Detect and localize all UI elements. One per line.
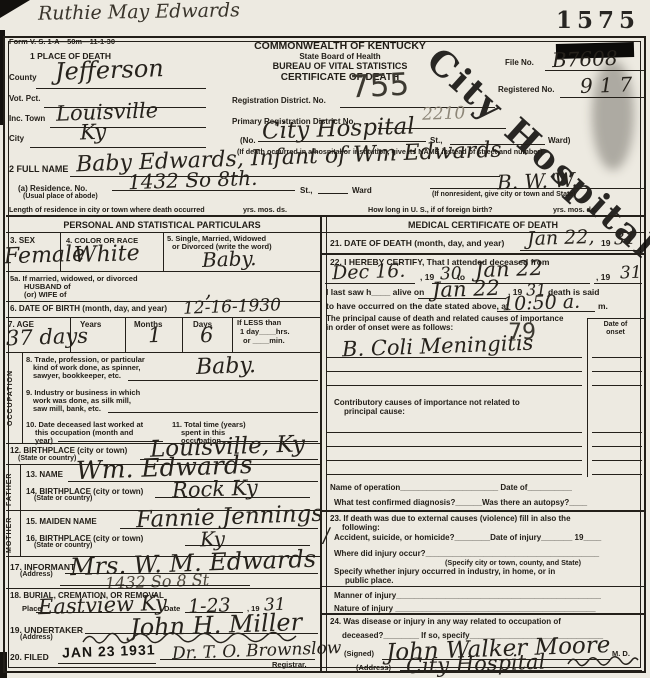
inc-town-label: Inc. Town — [9, 114, 45, 123]
to-year-prefix: , 19 — [596, 272, 610, 282]
residence-st-label: St., — [300, 186, 312, 195]
age-less-label-3: or ____min. — [243, 336, 285, 345]
specify-line-1: Specify whether injury occurred in indus… — [334, 567, 555, 576]
trade-label-3: sawyer, bookkeeper, etc. — [33, 371, 121, 380]
birthplace-label: 12. BIRTHPLACE (city or town) — [10, 446, 127, 455]
file-no-value: B7608 — [552, 46, 618, 72]
age-months-value: 1 — [148, 323, 162, 347]
nature-of-injury-line: Nature of injury _______________________… — [334, 604, 596, 613]
address-scribble — [565, 652, 640, 670]
header-commonwealth: COMMONWEALTH OF KENTUCKY — [225, 40, 455, 52]
date-of-death-label: 21. DATE OF DEATH (month, day, and year) — [330, 238, 504, 248]
dob-label: 6. DATE OF BIRTH (month, day, and year) — [10, 304, 167, 313]
marital-value: Baby. — [202, 246, 257, 272]
file-no-label: File No. — [505, 58, 534, 67]
to-year-value: 31 — [620, 263, 642, 284]
age-value: 37 days — [6, 324, 89, 351]
header-board: State Board of Health — [225, 52, 455, 61]
institution-ward-label: Ward) — [548, 136, 570, 145]
external-pen-mark: / — [323, 523, 331, 547]
city-value: Ky — [80, 120, 107, 145]
physician-address-value: City Hospital — [406, 650, 546, 678]
onset-label-1: Date of — [589, 321, 642, 328]
manner-of-injury-line: Manner of injury________________________… — [334, 591, 601, 600]
registered-no-label: Registered No. — [498, 85, 554, 94]
length-of-residence-label: Length of residence in city or town wher… — [9, 205, 205, 214]
registered-no-value: 917 — [580, 72, 640, 98]
onset-label-2: onset — [589, 329, 642, 336]
filed-label: 20. FILED — [10, 652, 49, 662]
death-certificate-document: Ruthie May Edwards 1575 City Hospital Fo… — [0, 0, 650, 678]
inc-town-value: Louisville — [56, 98, 159, 126]
vol-pct-label: Vot. Pct. — [9, 94, 40, 103]
specify-line-2: public place. — [345, 576, 393, 585]
operation-line: Name of operation______________________ … — [330, 483, 572, 492]
primary-registration-value: 2210 — [422, 103, 466, 124]
how-long-units: yrs. mos. ds. — [553, 205, 597, 214]
occupation-question-line-1: 24. Was disease or injury in any way rel… — [330, 617, 561, 626]
header-bureau: BUREAU OF VITAL STATISTICS — [225, 61, 455, 71]
residence-ward-label: Ward — [352, 186, 372, 195]
age-less-label-2: 1 day____hrs. — [240, 327, 290, 336]
father-birthplace-value: Rock Ky — [172, 476, 259, 503]
county-value: Jefferson — [55, 54, 165, 86]
registration-district-label: Registration District. No. — [232, 96, 326, 105]
informant-sub-label: (Address) — [20, 571, 53, 578]
registration-district-value: 755 — [349, 66, 410, 105]
mother-vertical-label: MOTHER — [6, 514, 13, 556]
full-name-label: 2 FULL NAME — [9, 164, 68, 174]
race-value: White — [74, 241, 141, 268]
registrar-label: Registrar. — [272, 660, 307, 669]
penciled-name-annotation: Ruthie May Edwards — [38, 0, 240, 25]
header-certificate-title: CERTIFICATE OF DEATH — [225, 72, 455, 83]
mother-name-label: 15. MAIDEN NAME — [26, 517, 97, 526]
father-name-label: 13. NAME — [26, 470, 63, 479]
address-label: (Address) — [356, 663, 391, 672]
how-long-us-label: How long in U. S., if of foreign birth? — [368, 205, 493, 214]
trade-value: Baby. — [196, 353, 257, 380]
institution-value: City Hospital — [262, 113, 415, 144]
principal-cause-line-2: in order of onset were as follows: — [326, 323, 453, 332]
medical-section-title: MEDICAL CERTIFICATE OF DEATH — [324, 220, 642, 230]
dob-value: 12-16-1930 — [183, 295, 282, 318]
birthplace-sub-label: (State or country) — [18, 455, 76, 462]
filed-date-stamp: JAN 23 1931 — [62, 641, 156, 660]
date-of-death-year-prefix: 19 — [601, 238, 610, 248]
industry-label-3: saw mill, bank, etc. — [33, 404, 101, 413]
date-of-death-year-value: 31 — [614, 229, 636, 250]
scan-corner-artifact — [0, 0, 30, 18]
date-of-death-value: Jan 22, — [527, 226, 595, 250]
contributory-line-1: Contributory causes of importance not re… — [334, 398, 520, 407]
contributory-line-2: principal cause: — [344, 407, 405, 416]
signed-label: (Signed) — [344, 649, 374, 658]
attended-from-value: Dec 16. — [332, 260, 406, 285]
where-injury-line: Where did injury occur?_________________… — [334, 549, 599, 558]
external-causes-line-1: 23. If death was due to external causes … — [330, 514, 571, 523]
residence-label: (a) Residence. No. — [18, 184, 87, 193]
age-less-label-1: If LESS than — [237, 318, 281, 327]
father-vertical-label: FATHER — [6, 468, 13, 510]
occurred-suffix: m. — [598, 301, 608, 311]
occurred-line: to have occurred on the date stated abov… — [326, 301, 509, 311]
institution-prefix: (No. — [240, 136, 256, 145]
residence-nonresident-note: (If nonresident, give city or town and S… — [432, 191, 576, 198]
occupation-vertical-label: OCCUPATION — [7, 358, 14, 438]
undertaker-sub-label: (Address) — [20, 634, 53, 641]
length-units: yrs. mos. ds. — [243, 205, 287, 214]
mother-birthplace-sub: (State or country) — [34, 542, 92, 549]
accident-line: Accident, suicide, or homicide?________D… — [334, 533, 601, 542]
external-causes-line-2: following: — [342, 523, 380, 532]
test-autopsy-line: What test confirmed diagnosis?______Was … — [334, 498, 587, 507]
personal-section-title: PERSONAL AND STATISTICAL PARTICULARS — [8, 220, 316, 230]
residence-sub-label: (Usual place of abode) — [23, 193, 98, 200]
form-number: Form V. S. 1-A—50m—11-1-30 — [9, 37, 115, 46]
informant-address-value: 1432 So 8 St — [105, 570, 210, 593]
county-label: County — [9, 73, 37, 82]
serial-number-stamp: 1575 — [556, 7, 640, 34]
city-label: City — [9, 134, 24, 143]
last-saw-pre: I last saw h____ alive on — [326, 287, 424, 297]
father-birthplace-sub: (State or country) — [34, 495, 92, 502]
wife-of-label: (or) WIFE of — [24, 290, 67, 299]
age-days-value: 6 — [200, 323, 214, 347]
where-injury-note: (Specify city or town, county, and State… — [445, 558, 581, 567]
